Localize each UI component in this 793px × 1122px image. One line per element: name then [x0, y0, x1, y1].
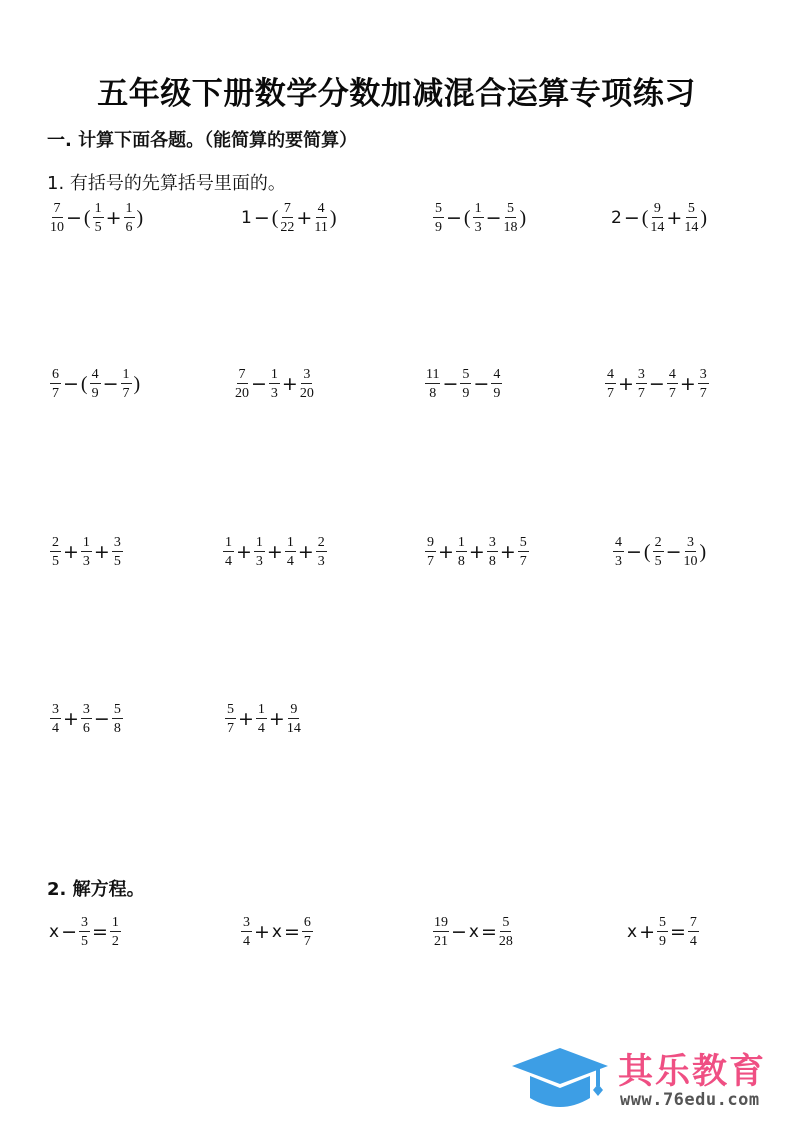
denominator: 8 — [428, 384, 437, 401]
fraction: 13 — [254, 535, 265, 569]
numerator: 4 — [316, 201, 327, 218]
denominator: 14 — [650, 218, 664, 235]
fraction: 722 — [280, 201, 294, 235]
numerator: 9 — [288, 702, 299, 719]
section-1-heading: 一. 计算下面各题。（能简算的要简算） — [47, 126, 357, 152]
fraction: 914 — [650, 201, 664, 235]
denominator: 14 — [684, 218, 698, 235]
numerator: 2 — [50, 535, 61, 552]
numerator: 1 — [269, 367, 280, 384]
fraction: 17 — [121, 367, 132, 401]
term: x — [469, 924, 479, 941]
operator: − — [254, 209, 270, 228]
fraction: 67 — [50, 367, 61, 401]
fraction: 49 — [90, 367, 101, 401]
fraction: 57 — [225, 702, 236, 736]
numerator: 19 — [433, 915, 449, 932]
parenthesis: ) — [134, 373, 141, 396]
numerator: 5 — [500, 915, 511, 932]
numerator: 1 — [456, 535, 467, 552]
fraction: 34 — [50, 702, 61, 736]
numerator: 7 — [237, 367, 248, 384]
denominator: 10 — [50, 218, 64, 235]
numerator: 1 — [124, 201, 135, 218]
denominator: 4 — [51, 719, 60, 736]
problem: 720−13+320 — [234, 364, 315, 404]
operator: + — [106, 209, 122, 228]
fraction: 59 — [460, 367, 471, 401]
denominator: 7 — [637, 384, 646, 401]
operator: + — [238, 710, 254, 729]
denominator: 8 — [457, 552, 466, 569]
numerator: 2 — [653, 535, 664, 552]
denominator: 7 — [699, 384, 708, 401]
numerator: 5 — [505, 201, 516, 218]
numerator: 3 — [685, 535, 696, 552]
denominator: 7 — [606, 384, 615, 401]
numerator: 4 — [613, 535, 624, 552]
numerator: 5 — [686, 201, 697, 218]
equation: 1921−x=528 — [432, 912, 514, 952]
denominator: 8 — [113, 719, 122, 736]
denominator: 5 — [80, 932, 89, 949]
denominator: 8 — [488, 552, 497, 569]
denominator: 7 — [226, 719, 235, 736]
denominator: 9 — [658, 932, 667, 949]
denominator: 6 — [82, 719, 91, 736]
denominator: 14 — [287, 719, 301, 736]
operator: + — [618, 375, 634, 394]
operator: + — [282, 375, 298, 394]
fraction: 14 — [256, 702, 267, 736]
fraction: 15 — [93, 201, 104, 235]
fraction: 13 — [81, 535, 92, 569]
fraction: 47 — [667, 367, 678, 401]
numerator: 1 — [110, 915, 121, 932]
numerator: 1 — [256, 702, 267, 719]
problem: 59−(13−518) — [432, 198, 527, 238]
operator: + — [298, 543, 314, 562]
brand-url: www.76edu.com — [620, 1090, 760, 1110]
operator: + — [94, 543, 110, 562]
operator: = — [92, 923, 108, 942]
numerator: 3 — [112, 535, 123, 552]
parenthesis: ( — [81, 373, 88, 396]
equation: 34+x=67 — [240, 912, 314, 952]
denominator: 6 — [125, 218, 134, 235]
denominator: 3 — [82, 552, 91, 569]
fraction: 118 — [425, 367, 440, 401]
parenthesis: ) — [700, 541, 707, 564]
fraction: 710 — [50, 201, 64, 235]
operator: + — [639, 923, 655, 942]
operator: − — [666, 543, 682, 562]
fraction: 518 — [504, 201, 518, 235]
operator: + — [63, 543, 79, 562]
parenthesis: ( — [644, 541, 651, 564]
fraction: 914 — [287, 702, 301, 736]
denominator: 3 — [270, 384, 279, 401]
numerator: 2 — [316, 535, 327, 552]
operator: = — [481, 923, 497, 942]
numerator: 1 — [254, 535, 265, 552]
numerator: 1 — [81, 535, 92, 552]
term: x — [272, 924, 282, 941]
denominator: 22 — [280, 218, 294, 235]
denominator: 4 — [242, 932, 251, 949]
denominator: 7 — [303, 932, 312, 949]
fraction: 13 — [269, 367, 280, 401]
numerator: 6 — [50, 367, 61, 384]
problem: 14+13+14+23 — [222, 532, 328, 572]
problem: 67−(49−17) — [49, 364, 141, 404]
operator: − — [61, 923, 77, 942]
numerator: 4 — [491, 367, 502, 384]
denominator: 7 — [51, 384, 60, 401]
fraction: 38 — [487, 535, 498, 569]
operator: − — [649, 375, 665, 394]
numerator: 3 — [301, 367, 312, 384]
denominator: 21 — [434, 932, 448, 949]
parenthesis: ) — [137, 207, 144, 230]
fraction: 16 — [124, 201, 135, 235]
denominator: 20 — [235, 384, 249, 401]
fraction: 12 — [110, 915, 121, 949]
fraction: 34 — [241, 915, 252, 949]
fraction: 23 — [316, 535, 327, 569]
parenthesis: ) — [330, 207, 337, 230]
denominator: 5 — [113, 552, 122, 569]
fraction: 514 — [684, 201, 698, 235]
numerator: 5 — [433, 201, 444, 218]
problem: 43−(25−310) — [612, 532, 707, 572]
problem: 710−(15+16) — [49, 198, 144, 238]
operator: − — [446, 209, 462, 228]
problem: 2−(914+514) — [610, 198, 708, 238]
term: x — [49, 924, 59, 941]
numerator: 6 — [302, 915, 313, 932]
problem: 118−59−49 — [424, 364, 503, 404]
numerator: 5 — [657, 915, 668, 932]
problem: 97+18+38+57 — [424, 532, 530, 572]
operator: − — [66, 209, 82, 228]
operator: + — [666, 209, 682, 228]
denominator: 28 — [499, 932, 513, 949]
denominator: 3 — [474, 218, 483, 235]
parenthesis: ( — [84, 207, 91, 230]
problem: 1−(722+411) — [240, 198, 338, 238]
numerator: 5 — [225, 702, 236, 719]
page-title: 五年级下册数学分数加减混合运算专项练习 — [0, 68, 793, 113]
operator: + — [254, 923, 270, 942]
section-2-heading: 2. 解方程。 — [47, 875, 145, 901]
operator: + — [296, 209, 312, 228]
numerator: 3 — [636, 367, 647, 384]
numerator: 4 — [667, 367, 678, 384]
denominator: 3 — [255, 552, 264, 569]
operator: + — [63, 710, 79, 729]
brand-logo: 其乐教育 www.76edu.com — [510, 1040, 790, 1115]
fraction: 37 — [636, 367, 647, 401]
numerator: 1 — [93, 201, 104, 218]
term: x — [627, 924, 637, 941]
denominator: 4 — [257, 719, 266, 736]
numerator: 1 — [285, 535, 296, 552]
operator: − — [451, 923, 467, 942]
numerator: 3 — [79, 915, 90, 932]
numerator: 5 — [460, 367, 471, 384]
numerator: 9 — [425, 535, 436, 552]
denominator: 9 — [91, 384, 100, 401]
fraction: 59 — [433, 201, 444, 235]
denominator: 7 — [519, 552, 528, 569]
equation: x−35=12 — [48, 912, 122, 952]
fraction: 18 — [456, 535, 467, 569]
denominator: 2 — [111, 932, 120, 949]
operator: + — [236, 543, 252, 562]
fraction: 25 — [653, 535, 664, 569]
fraction: 57 — [518, 535, 529, 569]
operator: = — [284, 923, 300, 942]
fraction: 35 — [79, 915, 90, 949]
fraction: 49 — [491, 367, 502, 401]
numerator: 4 — [90, 367, 101, 384]
denominator: 7 — [668, 384, 677, 401]
equation: x+59=74 — [626, 912, 700, 952]
problem: 47+37−47+37 — [604, 364, 710, 404]
denominator: 7 — [122, 384, 131, 401]
operator: − — [63, 375, 79, 394]
fraction: 37 — [698, 367, 709, 401]
fraction: 13 — [473, 201, 484, 235]
fraction: 74 — [688, 915, 699, 949]
denominator: 5 — [94, 218, 103, 235]
problem: 34+36−58 — [49, 699, 124, 739]
denominator: 4 — [689, 932, 698, 949]
operator: − — [624, 209, 640, 228]
denominator: 5 — [51, 552, 60, 569]
operator: − — [103, 375, 119, 394]
numerator: 1 — [473, 201, 484, 218]
operator: − — [94, 710, 110, 729]
fraction: 58 — [112, 702, 123, 736]
fraction: 36 — [81, 702, 92, 736]
parenthesis: ) — [520, 207, 527, 230]
denominator: 9 — [492, 384, 501, 401]
denominator: 10 — [684, 552, 698, 569]
numerator: 5 — [518, 535, 529, 552]
numerator: 3 — [487, 535, 498, 552]
parenthesis: ( — [272, 207, 279, 230]
denominator: 4 — [224, 552, 233, 569]
numerator: 7 — [688, 915, 699, 932]
fraction: 35 — [112, 535, 123, 569]
denominator: 11 — [314, 218, 327, 235]
operator: − — [251, 375, 267, 394]
problem: 25+13+35 — [49, 532, 124, 572]
numerator: 3 — [698, 367, 709, 384]
fraction: 47 — [605, 367, 616, 401]
denominator: 18 — [504, 218, 518, 235]
fraction: 528 — [499, 915, 513, 949]
operator: = — [670, 923, 686, 942]
denominator: 3 — [614, 552, 623, 569]
operator: − — [473, 375, 489, 394]
numerator: 3 — [241, 915, 252, 932]
operator: − — [626, 543, 642, 562]
term: 2 — [611, 210, 622, 227]
parenthesis: ( — [642, 207, 649, 230]
denominator: 3 — [317, 552, 326, 569]
denominator: 9 — [434, 218, 443, 235]
numerator: 1 — [121, 367, 132, 384]
operator: + — [267, 543, 283, 562]
operator: + — [438, 543, 454, 562]
denominator: 9 — [461, 384, 470, 401]
section-1-subheading: 1. 有括号的先算括号里面的。 — [47, 169, 286, 195]
numerator: 5 — [112, 702, 123, 719]
denominator: 4 — [286, 552, 295, 569]
operator: + — [469, 543, 485, 562]
numerator: 7 — [52, 201, 63, 218]
denominator: 7 — [426, 552, 435, 569]
fraction: 720 — [235, 367, 249, 401]
brand-name: 其乐教育 — [618, 1044, 766, 1094]
numerator: 11 — [425, 367, 440, 384]
fraction: 14 — [285, 535, 296, 569]
fraction: 67 — [302, 915, 313, 949]
fraction: 310 — [684, 535, 698, 569]
numerator: 9 — [652, 201, 663, 218]
numerator: 3 — [50, 702, 61, 719]
term: 1 — [241, 210, 252, 227]
operator: − — [486, 209, 502, 228]
fraction: 411 — [314, 201, 327, 235]
numerator: 3 — [81, 702, 92, 719]
problem: 57+14+914 — [224, 699, 302, 739]
operator: + — [680, 375, 696, 394]
denominator: 20 — [300, 384, 314, 401]
operator: + — [269, 710, 285, 729]
numerator: 4 — [605, 367, 616, 384]
graduation-cap-icon — [510, 1040, 610, 1115]
parenthesis: ( — [464, 207, 471, 230]
fraction: 14 — [223, 535, 234, 569]
parenthesis: ) — [700, 207, 707, 230]
operator: + — [500, 543, 516, 562]
fraction: 59 — [657, 915, 668, 949]
fraction: 1921 — [433, 915, 449, 949]
denominator: 5 — [654, 552, 663, 569]
fraction: 43 — [613, 535, 624, 569]
fraction: 97 — [425, 535, 436, 569]
numerator: 7 — [282, 201, 293, 218]
fraction: 320 — [300, 367, 314, 401]
numerator: 1 — [223, 535, 234, 552]
operator: − — [442, 375, 458, 394]
fraction: 25 — [50, 535, 61, 569]
